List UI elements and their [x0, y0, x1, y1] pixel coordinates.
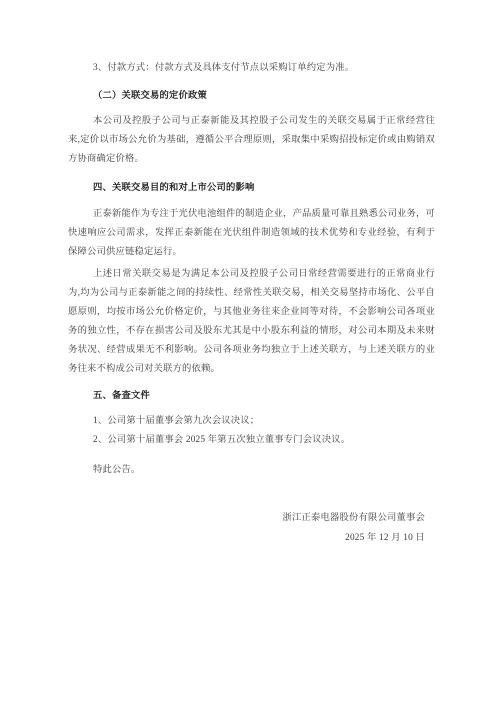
paragraph-impact-1: 正泰新能作为专注于光伏电池组件的制造企业，产品质量可靠且熟悉公司业务，可快速响应…	[68, 205, 435, 262]
document-page: 3、付款方式：付款方式及具体支付节点以采购订单约定为准。 （二）关联交易的定价政…	[0, 0, 500, 707]
paragraph-pricing-policy: 本公司及控股子公司与正泰新能及其控股子公司发生的关联交易属于正常经营往来,定价以…	[68, 112, 435, 169]
list-item-document-1: 1、公司第十届董事会第九次会议决议；	[68, 412, 435, 431]
paragraph-impact-2: 上述日常关联交易是为满足本公司及控股子公司日常经营需要进行的正常商业行为,均为公…	[68, 265, 435, 379]
closing-announcement: 特此公告。	[68, 461, 435, 480]
heading-section-4-impact: 四、关联交易目的和对上市公司的影响	[68, 179, 435, 198]
paragraph-payment-terms: 3、付款方式：付款方式及具体支付节点以采购订单约定为准。	[68, 59, 435, 78]
heading-pricing-policy: （二）关联交易的定价政策	[68, 87, 435, 106]
list-item-document-2: 2、公司第十届董事会 2025 年第五次独立董事专门会议决议。	[68, 431, 435, 450]
signature-company-board: 浙江正泰电器股份有限公司董事会	[68, 509, 435, 528]
heading-section-5-documents: 五、备查文件	[68, 387, 435, 406]
signature-date: 2025 年 12 月 10 日	[68, 529, 435, 548]
